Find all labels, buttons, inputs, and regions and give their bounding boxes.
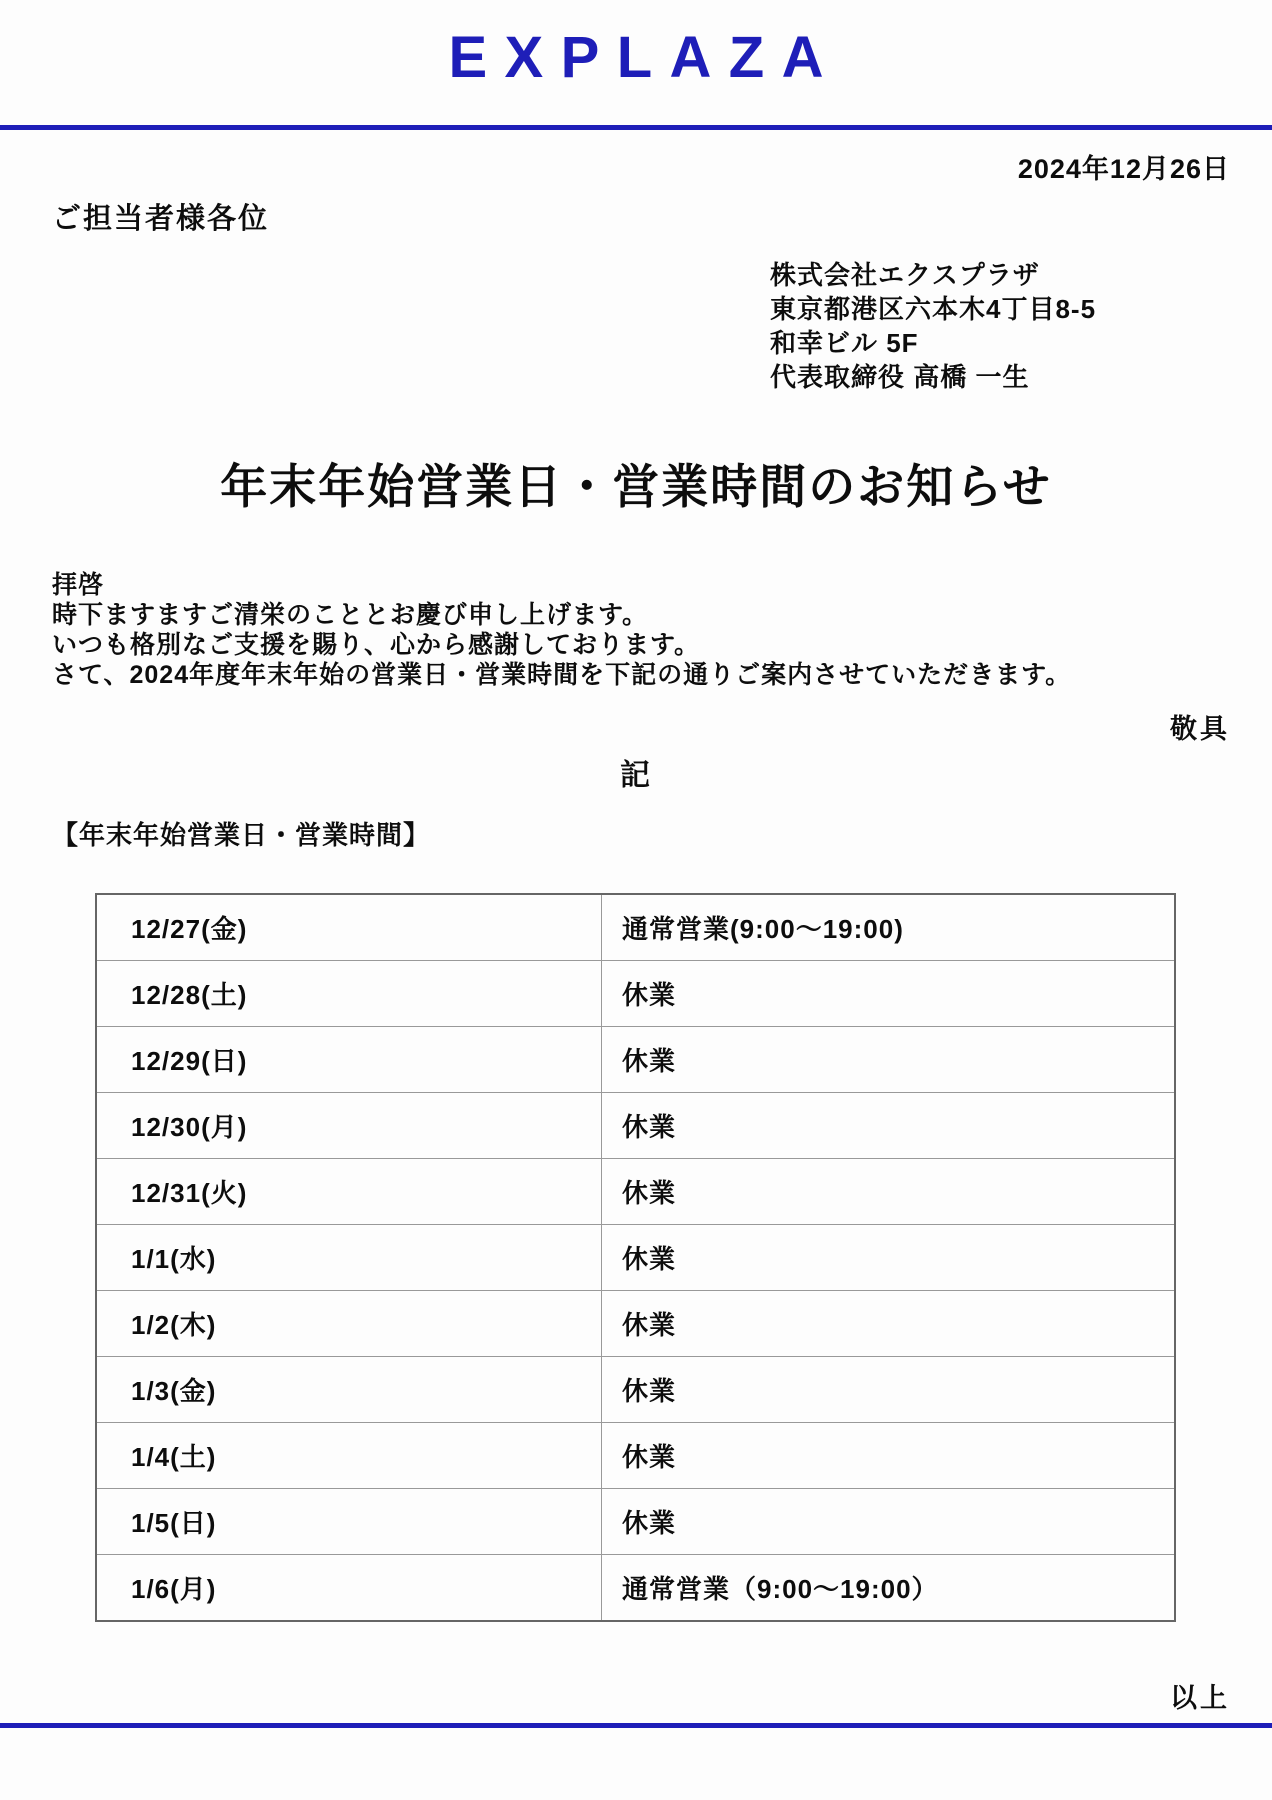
document-date: 2024年12月26日 [1018,147,1230,186]
closing-marker: 以上 [1170,1676,1230,1715]
greeting-line-1: 時下ますますご清栄のこととお慶び申し上げます。 [52,600,1071,630]
date-cell: 1/5(日) [97,1489,602,1554]
date-cell: 1/2(木) [97,1291,602,1356]
status-cell: 休業 [602,1159,1174,1224]
status-cell: 休業 [602,1225,1174,1290]
schedule-section-heading: 【年末年始営業日・営業時間】 [52,815,430,852]
date-cell: 12/30(月) [97,1093,602,1158]
record-marker: 記 [0,750,1272,794]
status-cell: 通常営業（9:00〜19:00） [602,1555,1174,1620]
document-title: 年末年始営業日・営業時間のお知らせ [0,450,1272,517]
status-cell: 通常営業(9:00〜19:00) [602,895,1174,960]
table-row: 12/31(火) 休業 [97,1158,1174,1224]
document-page: EXPLAZA 2024年12月26日 ご担当者様各位 株式会社エクスプラザ 東… [0,0,1272,1800]
sender-block: 株式会社エクスプラザ 東京都港区六本木4丁目8-5 和幸ビル 5F 代表取締役 … [770,258,1096,394]
status-cell: 休業 [602,1489,1174,1554]
table-row: 12/28(土) 休業 [97,960,1174,1026]
table-row: 1/2(木) 休業 [97,1290,1174,1356]
table-row: 1/1(水) 休業 [97,1224,1174,1290]
date-cell: 12/27(金) [97,895,602,960]
status-cell: 休業 [602,961,1174,1026]
sender-address-line1: 東京都港区六本木4丁目8-5 [770,292,1096,326]
schedule-table: 12/27(金) 通常営業(9:00〜19:00) 12/28(土) 休業 12… [95,893,1176,1622]
top-divider-line [0,125,1272,130]
greeting-block: 拝啓 時下ますますご清栄のこととお慶び申し上げます。 いつも格別なご支援を賜り、… [52,570,1071,690]
table-row: 12/29(日) 休業 [97,1026,1174,1092]
closing-salutation: 敬具 [1170,707,1230,746]
table-row: 1/4(土) 休業 [97,1422,1174,1488]
status-cell: 休業 [602,1423,1174,1488]
date-cell: 12/31(火) [97,1159,602,1224]
date-cell: 1/1(水) [97,1225,602,1290]
table-row: 1/5(日) 休業 [97,1488,1174,1554]
status-cell: 休業 [602,1291,1174,1356]
sender-representative: 代表取締役 高橋 一生 [770,360,1096,394]
greeting-line-3: さて、2024年度年末年始の営業日・営業時間を下記の通りご案内させていただきます… [52,660,1071,690]
date-cell: 12/28(土) [97,961,602,1026]
company-logo: EXPLAZA [0,24,1272,91]
status-cell: 休業 [602,1093,1174,1158]
date-cell: 12/29(日) [97,1027,602,1092]
status-cell: 休業 [602,1357,1174,1422]
status-cell: 休業 [602,1027,1174,1092]
addressee: ご担当者様各位 [52,196,269,237]
greeting-opening: 拝啓 [52,570,1071,600]
table-row: 1/6(月) 通常営業（9:00〜19:00） [97,1554,1174,1620]
sender-company-name: 株式会社エクスプラザ [770,258,1096,292]
table-row: 1/3(金) 休業 [97,1356,1174,1422]
date-cell: 1/3(金) [97,1357,602,1422]
date-cell: 1/4(土) [97,1423,602,1488]
date-cell: 1/6(月) [97,1555,602,1620]
greeting-line-2: いつも格別なご支援を賜り、心から感謝しております。 [52,630,1071,660]
table-row: 12/27(金) 通常営業(9:00〜19:00) [97,895,1174,960]
bottom-divider-line [0,1723,1272,1728]
table-row: 12/30(月) 休業 [97,1092,1174,1158]
sender-address-line2: 和幸ビル 5F [770,326,1096,360]
